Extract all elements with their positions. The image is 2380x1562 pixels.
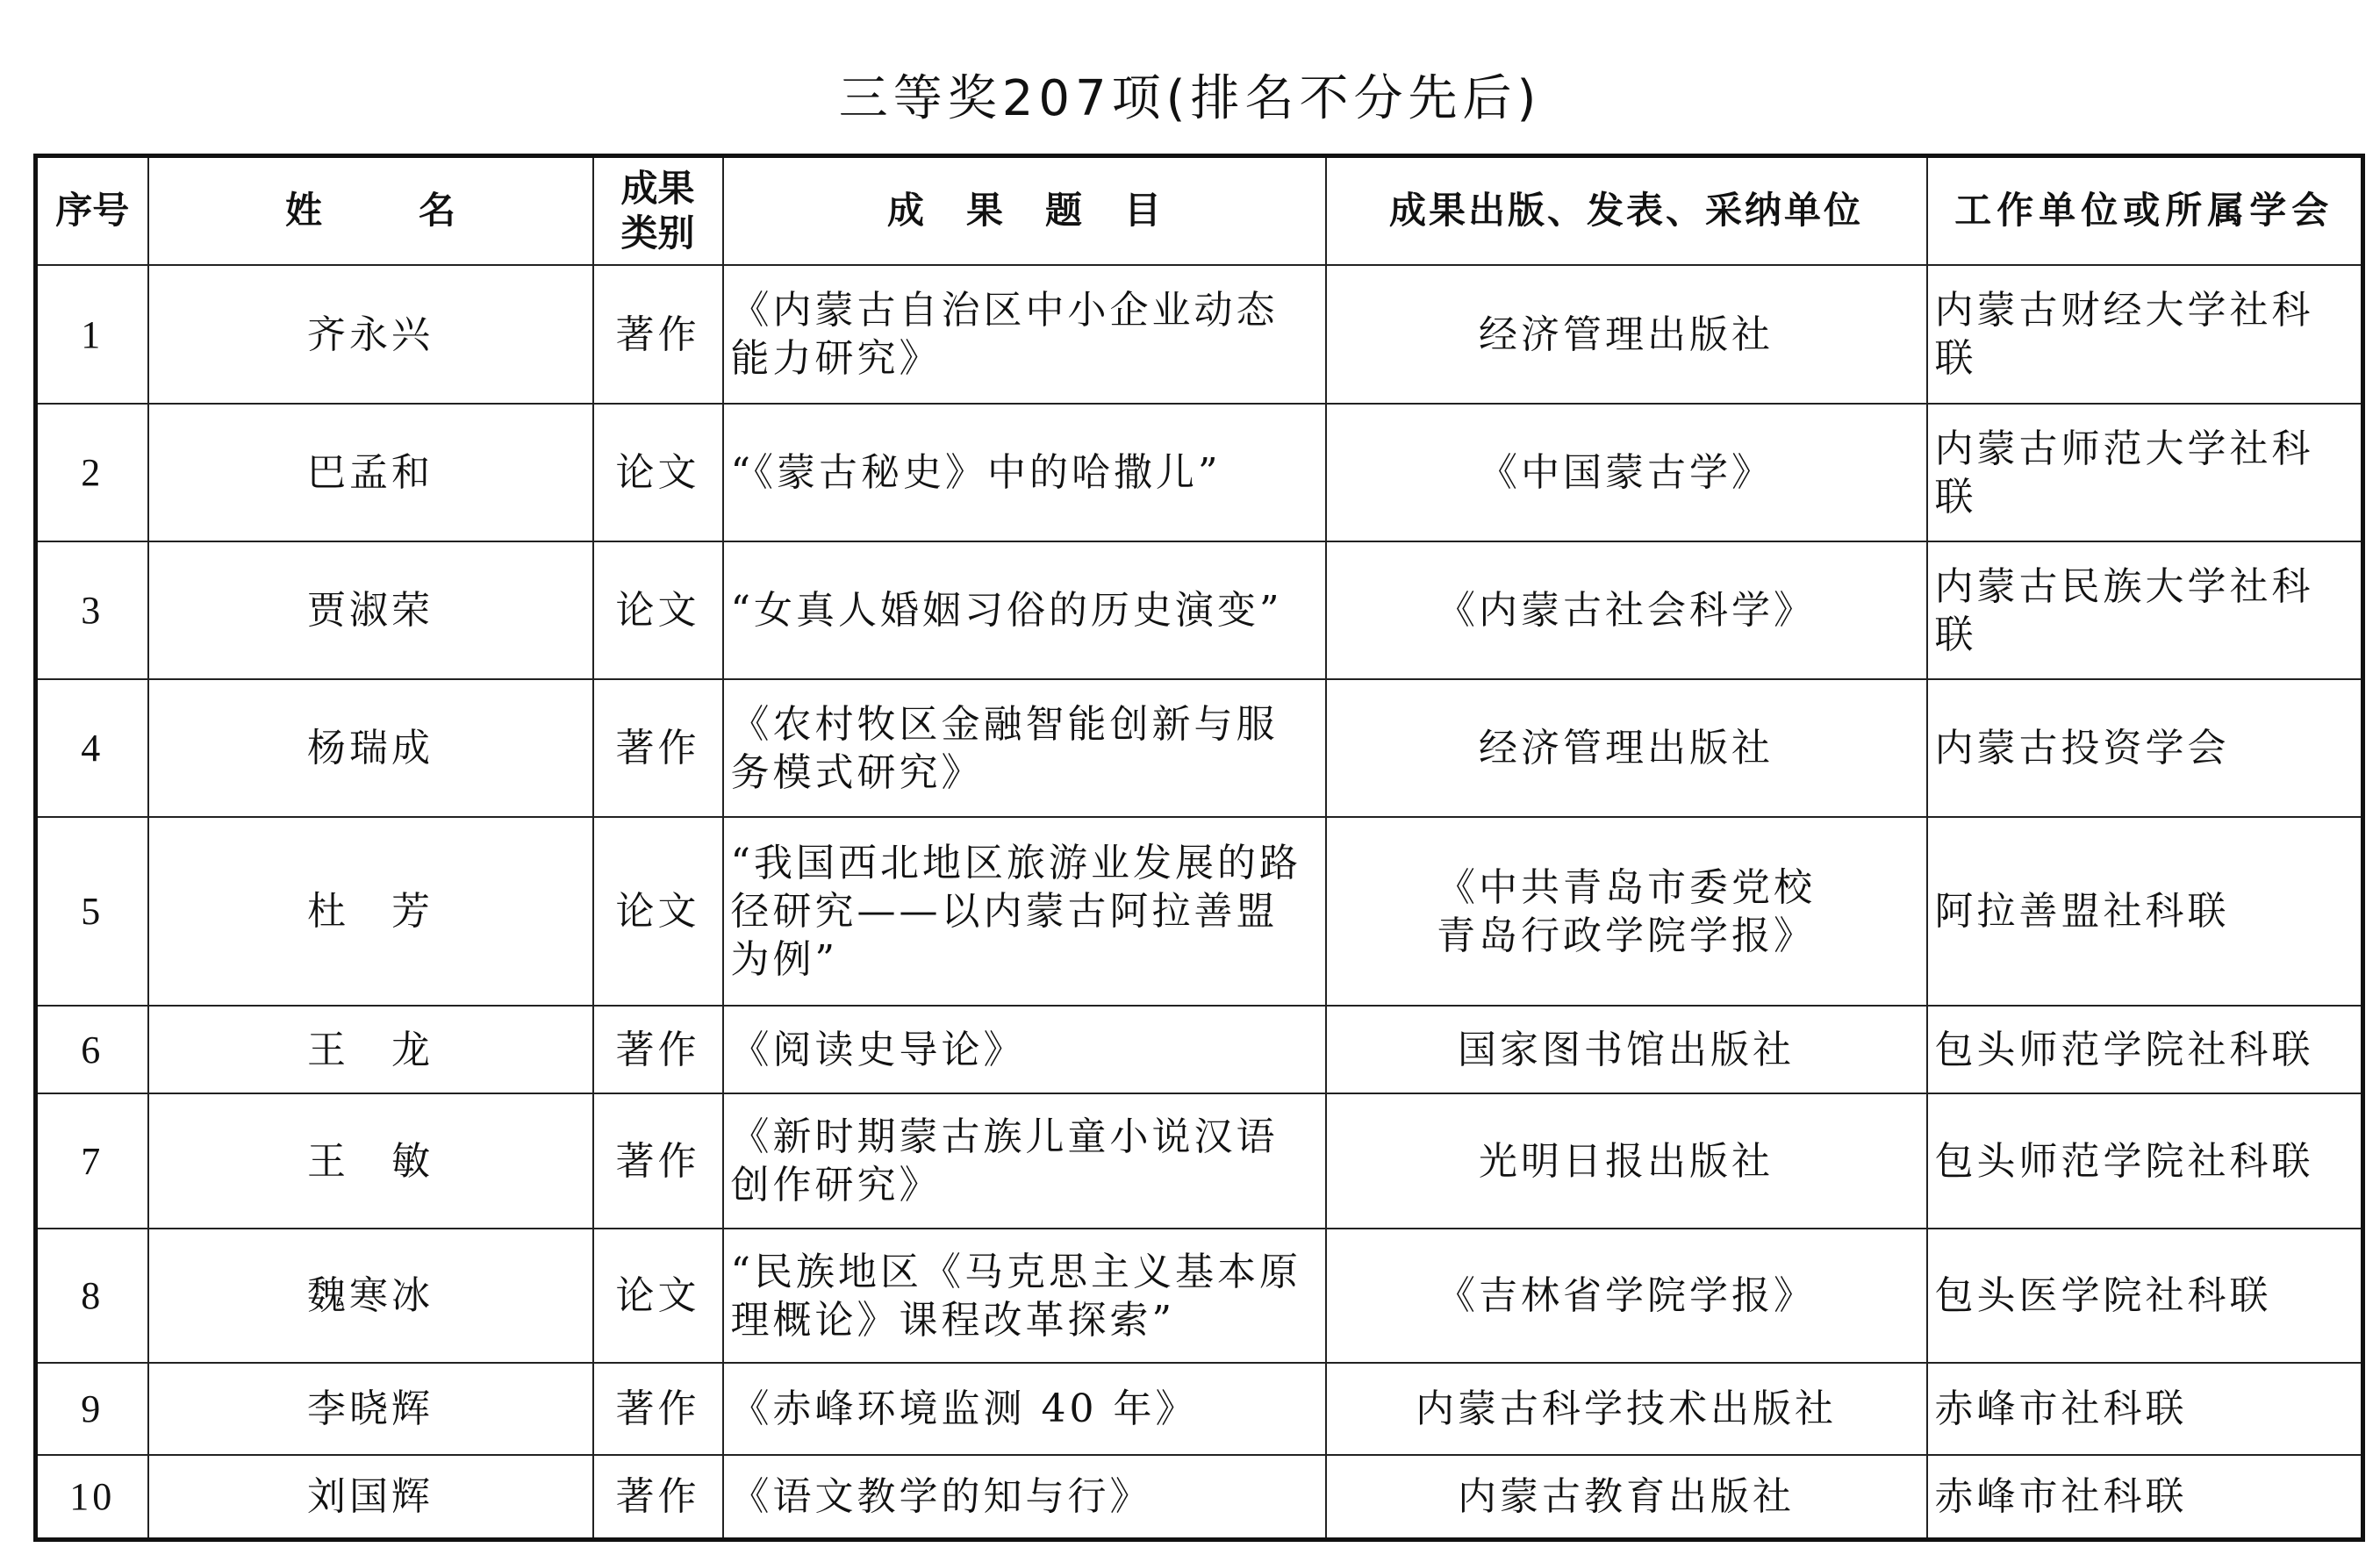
cell-title: 《新时期蒙古族儿童小说汉语创作研究》	[723, 1093, 1326, 1229]
cell-publisher: 《中共青岛市委党校 青岛行政学院学报》	[1326, 817, 1927, 1006]
table-row: 5 杜 芳 论文 “我国西北地区旅游业发展的路径研究——以内蒙古阿拉善盟为例” …	[36, 817, 2363, 1006]
header-organization: 工作单位或所属学会	[1927, 156, 2363, 266]
cell-organization: 内蒙古民族大学社科联	[1927, 541, 2363, 679]
table-row: 8 魏寒冰 论文 “民族地区《马克思主义基本原理概论》课程改革探索” 《吉林省学…	[36, 1229, 2363, 1363]
cell-publisher: 国家图书馆出版社	[1326, 1006, 1927, 1093]
header-type-line2: 类别	[601, 211, 715, 255]
cell-publisher: 《吉林省学院学报》	[1326, 1229, 1927, 1363]
cell-name: 刘国辉	[148, 1455, 593, 1539]
cell-publisher: 内蒙古科学技术出版社	[1326, 1363, 1927, 1455]
cell-publisher: 《内蒙古社会科学》	[1326, 541, 1927, 679]
publisher-line: 经济管理出版社	[1334, 311, 1919, 359]
publisher-line: 内蒙古科学技术出版社	[1334, 1385, 1919, 1433]
cell-organization: 赤峰市社科联	[1927, 1363, 2363, 1455]
publisher-line: 国家图书馆出版社	[1334, 1026, 1919, 1074]
cell-type: 论文	[593, 404, 723, 541]
cell-organization: 包头医学院社科联	[1927, 1229, 2363, 1363]
cell-type: 著作	[593, 679, 723, 817]
cell-publisher: 《中国蒙古学》	[1326, 404, 1927, 541]
publisher-line: 《中共青岛市委党校	[1334, 863, 1919, 912]
cell-no: 7	[36, 1093, 148, 1229]
cell-name: 魏寒冰	[148, 1229, 593, 1363]
cell-type: 著作	[593, 1006, 723, 1093]
cell-type: 著作	[593, 265, 723, 404]
publisher-line: 内蒙古教育出版社	[1334, 1472, 1919, 1521]
cell-organization: 阿拉善盟社科联	[1927, 817, 2363, 1006]
cell-no: 6	[36, 1006, 148, 1093]
cell-no: 9	[36, 1363, 148, 1455]
cell-name: 贾淑荣	[148, 541, 593, 679]
cell-organization: 内蒙古投资学会	[1927, 679, 2363, 817]
cell-organization: 内蒙古师范大学社科联	[1927, 404, 2363, 541]
cell-name: 李晓辉	[148, 1363, 593, 1455]
cell-type: 著作	[593, 1455, 723, 1539]
header-no: 序号	[36, 156, 148, 266]
cell-name: 齐永兴	[148, 265, 593, 404]
cell-type: 论文	[593, 1229, 723, 1363]
cell-no: 4	[36, 679, 148, 817]
cell-type: 著作	[593, 1093, 723, 1229]
header-name: 姓名	[148, 156, 593, 266]
table-row: 2 巴孟和 论文 “《蒙古秘史》中的哈撒儿” 《中国蒙古学》 内蒙古师范大学社科…	[36, 404, 2363, 541]
table-row: 4 杨瑞成 著作 《农村牧区金融智能创新与服务模式研究》 经济管理出版社 内蒙古…	[36, 679, 2363, 817]
cell-organization: 赤峰市社科联	[1927, 1455, 2363, 1539]
cell-name: 王 敏	[148, 1093, 593, 1229]
publisher-line: 经济管理出版社	[1334, 724, 1919, 772]
cell-type: 著作	[593, 1363, 723, 1455]
cell-title: “女真人婚姻习俗的历史演变”	[723, 541, 1326, 679]
cell-title: 《赤峰环境监测 40 年》	[723, 1363, 1326, 1455]
cell-title: “民族地区《马克思主义基本原理概论》课程改革探索”	[723, 1229, 1326, 1363]
cell-title: “《蒙古秘史》中的哈撒儿”	[723, 404, 1326, 541]
publisher-line: 《中国蒙古学》	[1334, 448, 1919, 497]
header-publisher: 成果出版、发表、采纳单位	[1326, 156, 1927, 266]
table-row: 9 李晓辉 著作 《赤峰环境监测 40 年》 内蒙古科学技术出版社 赤峰市社科联	[36, 1363, 2363, 1455]
header-type-line1: 成果	[601, 167, 715, 211]
cell-title: 《内蒙古自治区中小企业动态能力研究》	[723, 265, 1326, 404]
table-row: 10 刘国辉 著作 《语文教学的知与行》 内蒙古教育出版社 赤峰市社科联	[36, 1455, 2363, 1539]
cell-type: 论文	[593, 541, 723, 679]
cell-organization: 包头师范学院社科联	[1927, 1093, 2363, 1229]
page-title: 三等奖207项(排名不分先后)	[0, 60, 2380, 130]
cell-title: 《阅读史导论》	[723, 1006, 1326, 1093]
cell-no: 5	[36, 817, 148, 1006]
cell-no: 8	[36, 1229, 148, 1363]
awards-table: 序号 姓名 成果 类别 成果题目 成果出版、发表、采纳单位 工作单位或所属学会 …	[33, 154, 2365, 1542]
cell-no: 1	[36, 265, 148, 404]
cell-no: 2	[36, 404, 148, 541]
cell-title: 《农村牧区金融智能创新与服务模式研究》	[723, 679, 1326, 817]
cell-title: 《语文教学的知与行》	[723, 1455, 1326, 1539]
publisher-line: 《吉林省学院学报》	[1334, 1272, 1919, 1320]
cell-name: 杨瑞成	[148, 679, 593, 817]
publisher-line: 青岛行政学院学报》	[1334, 912, 1919, 960]
cell-publisher: 经济管理出版社	[1326, 679, 1927, 817]
publisher-line: 光明日报出版社	[1334, 1137, 1919, 1186]
cell-publisher: 光明日报出版社	[1326, 1093, 1927, 1229]
cell-organization: 内蒙古财经大学社科联	[1927, 265, 2363, 404]
table-row: 6 王 龙 著作 《阅读史导论》 国家图书馆出版社 包头师范学院社科联	[36, 1006, 2363, 1093]
cell-organization: 包头师范学院社科联	[1927, 1006, 2363, 1093]
cell-publisher: 经济管理出版社	[1326, 265, 1927, 404]
publisher-line: 《内蒙古社会科学》	[1334, 586, 1919, 634]
header-title: 成果题目	[723, 156, 1326, 266]
cell-title: “我国西北地区旅游业发展的路径研究——以内蒙古阿拉善盟为例”	[723, 817, 1326, 1006]
cell-no: 3	[36, 541, 148, 679]
header-type: 成果 类别	[593, 156, 723, 266]
table-row: 7 王 敏 著作 《新时期蒙古族儿童小说汉语创作研究》 光明日报出版社 包头师范…	[36, 1093, 2363, 1229]
cell-no: 10	[36, 1455, 148, 1539]
table-row: 1 齐永兴 著作 《内蒙古自治区中小企业动态能力研究》 经济管理出版社 内蒙古财…	[36, 265, 2363, 404]
table-row: 3 贾淑荣 论文 “女真人婚姻习俗的历史演变” 《内蒙古社会科学》 内蒙古民族大…	[36, 541, 2363, 679]
cell-publisher: 内蒙古教育出版社	[1326, 1455, 1927, 1539]
cell-name: 杜 芳	[148, 817, 593, 1006]
cell-type: 论文	[593, 817, 723, 1006]
table-header-row: 序号 姓名 成果 类别 成果题目 成果出版、发表、采纳单位 工作单位或所属学会	[36, 156, 2363, 266]
cell-name: 王 龙	[148, 1006, 593, 1093]
cell-name: 巴孟和	[148, 404, 593, 541]
